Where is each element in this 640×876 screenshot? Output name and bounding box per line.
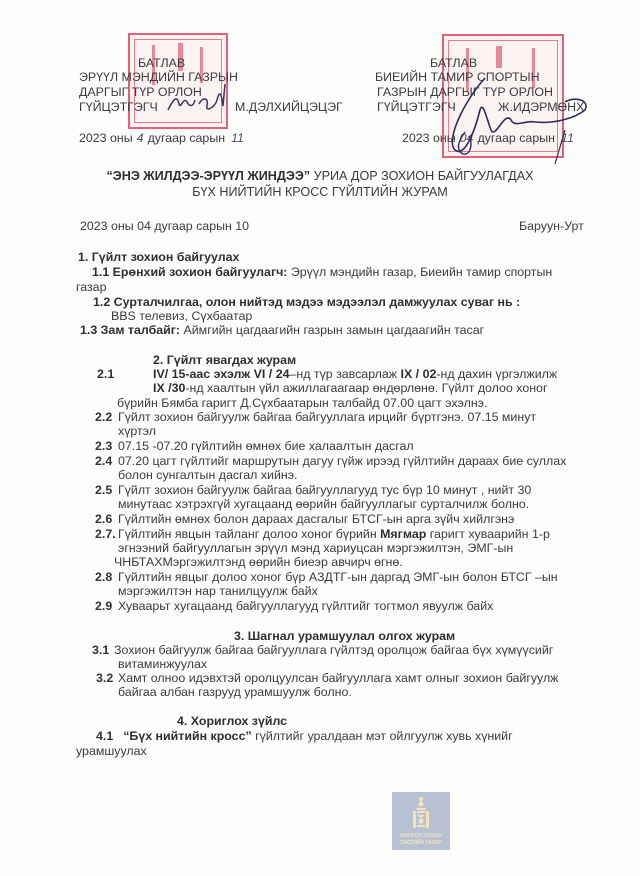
soyombo-emblem-icon: [412, 796, 430, 830]
item-3-2-line1: Хамт олноо идэвхтэй оролцуулсан байгуулл…: [118, 671, 558, 686]
item-number: 2.3: [95, 439, 112, 454]
item-2-2-line1: Гүйлт зохион байгуулж байгаа байгууллага…: [118, 410, 536, 425]
handwritten-month: 04: [460, 131, 474, 145]
handwritten-day: 11: [231, 131, 244, 145]
approval-date: 2023 оны04дугаар сарын11: [402, 131, 574, 146]
item-number: 2.2: [95, 410, 112, 425]
item-number: 2.5: [95, 483, 112, 498]
item-2-4-line1: 07.20 цагт гүйлтийг маршрутын дагуу гүйж…: [118, 454, 566, 469]
section-heading: 2. Гүйлт явагдах журам: [153, 353, 296, 368]
item-number: 2.4: [95, 454, 112, 469]
approval-signer-name: М.ДЭЛХИЙЦЭЦЭГ: [235, 100, 343, 115]
item-1-2: 1.2 Сурталчилгаа, олон нийтэд мэдээ мэдэ…: [93, 295, 520, 310]
item-4-1-line1: 4.1“Бүх нийтийн кросс” гүйлтийг уралдаан…: [96, 729, 513, 744]
section-heading: 4. Хориглох зүйлс: [177, 714, 287, 729]
approval-line: ГАЗРЫН ДАРГЫГ ТҮР ОРЛОН: [377, 85, 553, 100]
document-title-line2: БҮХ НИЙТИЙН КРОСС ГҮЙЛТИЙН ЖУРАМ: [0, 184, 640, 200]
item-2-7-line1: Гүйлтийн явцын тайланг долоо хоног бүрий…: [118, 527, 550, 542]
item-1-1: 1.1 Ерөнхий зохион байгуулагч: Эрүүл мэн…: [92, 265, 552, 280]
section-heading: 1. Гүйлт зохион байгуулах: [78, 250, 239, 265]
document-page: БАТЛАВ ЭРҮҮЛ МЭНДИЙН ГАЗРЫН ДАРГЫГ ТҮР О…: [0, 0, 640, 876]
handwritten-day: 11: [561, 131, 574, 145]
item-2-1-line3: бүрийн Бямба гаригт Д.Сүхбаатарын талбай…: [117, 396, 487, 411]
item-4-1-line2: урамшуулах: [76, 744, 147, 759]
item-2-1-line1: IV/ 15-аас эхэлж VI / 24–нд түр завсарла…: [153, 367, 557, 382]
approval-line: БИЕИЙН ТАМИР СПОРТЫН: [375, 70, 540, 85]
government-logo: МОНГОЛ УЛСЫН ЗАСГИЙН ГАЗАР: [392, 792, 450, 850]
item-1-1-cont: газар: [76, 280, 106, 295]
section-heading: 3. Шагнал урамшуулал олгох журам: [234, 629, 455, 644]
approval-heading: БАТЛАВ: [430, 56, 477, 71]
item-number: 2.6: [95, 512, 112, 527]
item-1-2-cont: BBS телевиз, Сүхбаатар: [111, 309, 252, 324]
item-2-8-line2: мэргэжилтэн нар танилцуулж байх: [118, 584, 318, 599]
document-title-line1: “ЭНЭ ЖИЛДЭЭ-ЭРҮҮЛ ЖИНДЭЭ” УРИА ДОР ЗОХИО…: [0, 168, 640, 184]
item-3-2-line2: байгаа албан газрууд урамшуулж болно.: [118, 685, 352, 700]
document-date: 2023 оны 04 дугаар сарын 10: [80, 219, 249, 234]
item-2-5-line2: минутаас хэтрэхгүй хугацаанд өөрийн байг…: [118, 497, 529, 512]
approval-line: ЭРҮҮЛ МЭНДИЙН ГАЗРЫН: [79, 70, 238, 85]
item-2-4-line2: болон сунгалтын дасгал хийнэ.: [118, 468, 298, 483]
item-2-1-line2: IX /30-нд хаалтын үйл ажиллагаагаар өндө…: [153, 381, 547, 396]
item-3-1-line2: витаминжуулах: [118, 657, 207, 672]
item-2-5-line1: Гүйлт зохион байгуулж байгаа байгууллагу…: [118, 483, 531, 498]
logo-line2: ЗАСГИЙН ГАЗАР: [392, 840, 450, 846]
item-number: 3.2: [96, 671, 113, 686]
item-number: 2.7.: [95, 527, 116, 542]
logo-line1: МОНГОЛ УЛСЫН: [392, 833, 450, 839]
handwritten-month: 4: [137, 131, 144, 145]
approval-signer-name: Ж.ИДЭРМӨНХ: [498, 100, 584, 115]
item-1-3: 1.3 Зам талбайг: Аймгийн цагдаагийн газр…: [80, 323, 484, 338]
item-2-6-line1: Гүйлтийн өмнөх болон дараах дасгалыг БТС…: [118, 512, 514, 527]
document-place: Баруун-Урт: [519, 219, 584, 234]
approval-line: ДАРГЫГ ТҮР ОРЛОН: [79, 85, 202, 100]
approval-date: 2023 оны4дугаар сарын11: [79, 131, 244, 146]
item-2-7-line2: эгнээний байгууллагын эрүүл мэнд хариуцс…: [118, 541, 513, 556]
item-3-1-line1: Зохион байгуулж байгаа байгууллага гүйлт…: [114, 643, 553, 658]
item-2-9-line1: Хуваарьт хугацаанд байгууллагууд гүйлтий…: [118, 599, 493, 614]
item-number: 2.9: [95, 599, 112, 614]
item-number: 2.8: [95, 570, 112, 585]
item-2-8-line1: Гүйлтийн явцыг долоо хоног бүр АЗДТГ-ын …: [118, 570, 558, 585]
approval-signer-prefix: ГҮЙЦЭТГЭГЧ: [79, 100, 158, 115]
item-2-2-line2: хүртэл: [118, 424, 156, 439]
approval-heading: БАТЛАВ: [138, 56, 185, 71]
item-2-7-line3: ЧНБТАХМэргэжилтэнд өөрийн биеэр авчирч ө…: [114, 555, 403, 570]
approval-signer-prefix: ГҮЙЦЭТГЭГЧ: [377, 100, 456, 115]
item-number: 3.1: [92, 643, 109, 658]
item-2-3-line1: 07.15 -07.20 гүйлтийн өмнөх бие халаалты…: [118, 439, 414, 454]
item-number: 2.1: [97, 367, 114, 382]
